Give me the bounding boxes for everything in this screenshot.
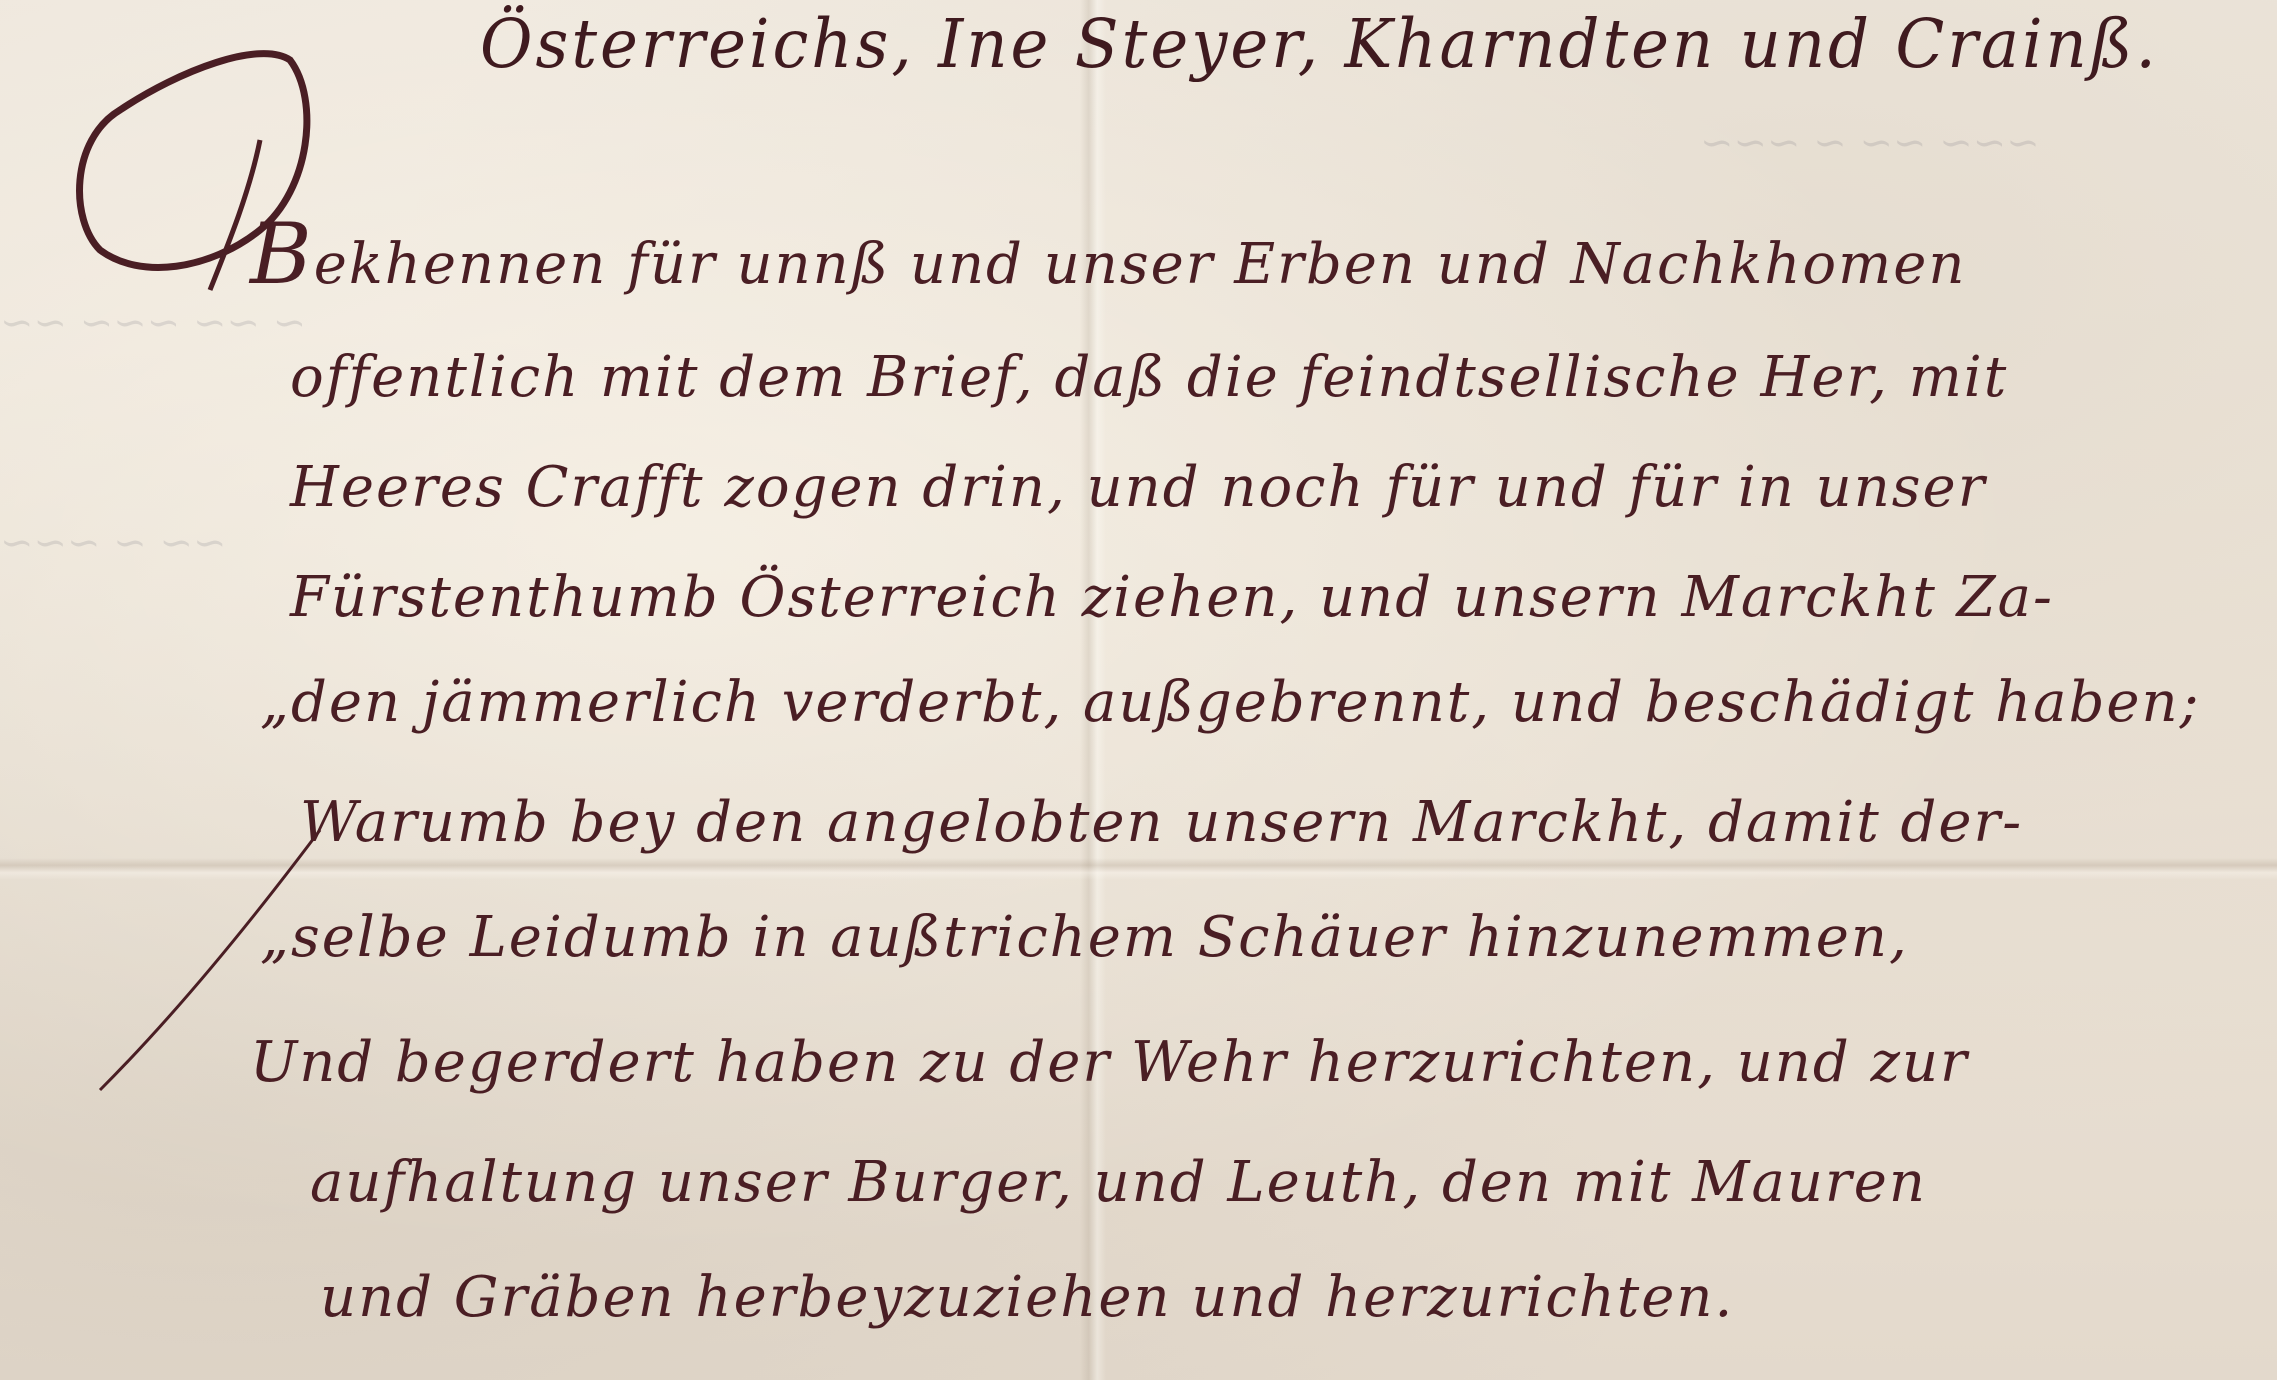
manuscript-page: ~ ~~ ~~~ ~~ ~~ ~ ~~~ ~~~ ~~ ~ ~~~ Österr… xyxy=(0,0,2277,1380)
text-line-4: Fürstenthumb Österreich ziehen, und unse… xyxy=(290,565,2054,630)
bleed-through-text: ~~ ~ ~~~ xyxy=(0,520,227,566)
initial-letter: B xyxy=(250,205,314,303)
margin-flourish-icon xyxy=(90,820,330,1100)
horizontal-fold-crease xyxy=(0,858,2277,880)
text-line-7: „selbe Leidumb in außtrichem Schäuer hin… xyxy=(260,905,1909,970)
text-line-8: Und begerdert haben zu der Wehr herzuric… xyxy=(250,1030,1969,1095)
document-heading: Österreichs, Ine Steyer, Kharndten und C… xyxy=(480,6,2159,84)
text-line-5: „den jämmerlich verderbt, außgebrennt, u… xyxy=(260,670,2201,735)
bleed-through-text: ~~~ ~~ ~ ~~~ xyxy=(1700,120,2040,166)
text-line-6: Warumb bey den angelobten unsern Marckht… xyxy=(300,790,2023,855)
text-line-10: und Gräben herbeyzuziehen und herzuricht… xyxy=(320,1265,1734,1330)
text-line-9: aufhaltung unser Burger, und Leuth, den … xyxy=(310,1150,1927,1215)
text-line-2: offentlich mit dem Brief, daß die feindt… xyxy=(290,345,2008,410)
text-line-3: Heeres Crafft zogen drin, und noch für u… xyxy=(290,455,1986,520)
text-line-1: Bekhennen für unnß und unser Erben und N… xyxy=(250,205,1966,303)
